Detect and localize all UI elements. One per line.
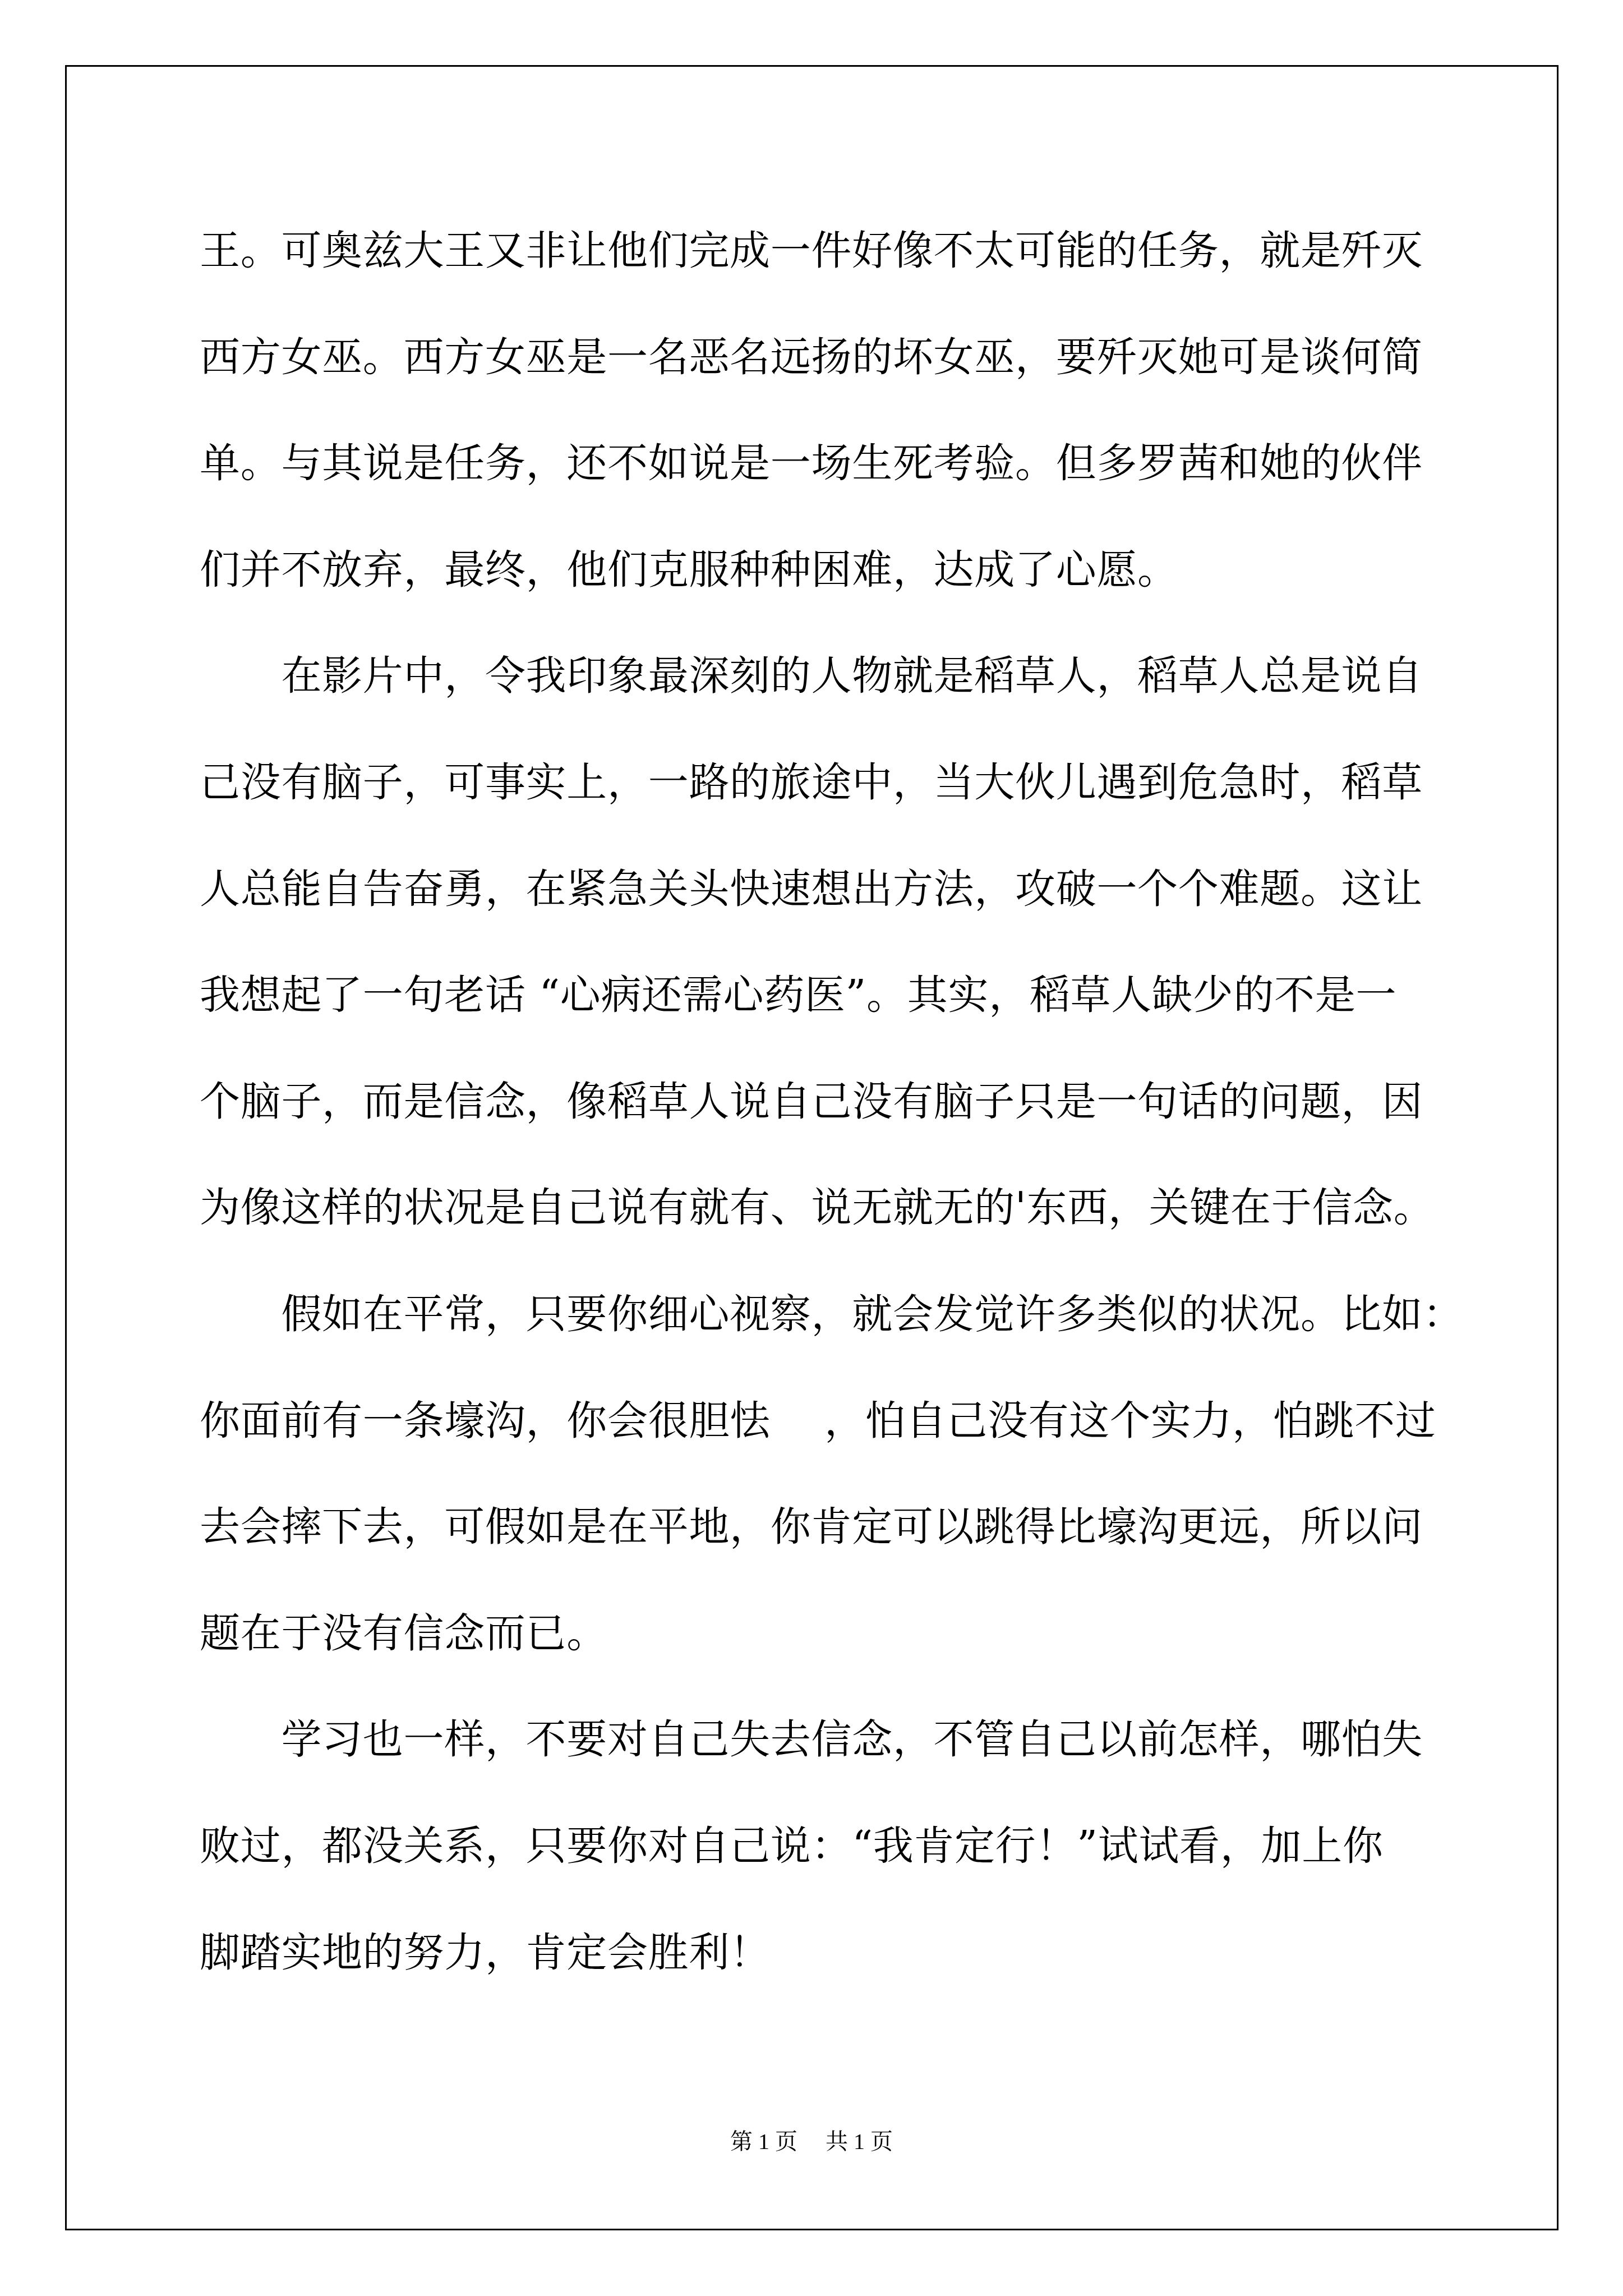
text-line: 单。与其说是任务，还不如说是一场生死考验。但多罗茜和她的伙伴 (200, 436, 1423, 490)
page-border (65, 65, 1559, 2230)
text-line: 个脑子，而是信念，像稻草人说自己没有脑子只是一句话的问题，因 (200, 1074, 1423, 1128)
text-line: 人总能自告奋勇，在紧急关头快速想出方法，攻破一个个难题。这让 (200, 862, 1423, 915)
text-line: 你面前有一条壕沟，你会很胆怯 ，怕自己没有这个实力，怕跳不过 (200, 1393, 1436, 1447)
text-line: 己没有脑子，可事实上，一路的旅途中，当大伙儿遇到危急时，稻草 (200, 755, 1423, 809)
text-line: 为像这样的状况是自己说有就有、说无就无的'东西，关键在于信念。 (200, 1180, 1435, 1234)
paragraph-first-line: 在影片中，令我印象最深刻的人物就是稻草人，稻草人总是说自 (281, 648, 1423, 702)
text-line: 题在于没有信念而已。 (200, 1606, 607, 1660)
text-line: 脚踏实地的努力，肯定会胜利！ (200, 1925, 771, 1979)
text-line: 们并不放弃，最终，他们克服种种困难，达成了心愿。 (200, 542, 1178, 596)
paragraph-first-line: 学习也一样，不要对自己失去信念，不管自己以前怎样，哪怕失 (281, 1712, 1423, 1766)
text-line: 我想起了一句老话 “心病还需心药医”。其实，稻草人缺少的不是一 (200, 968, 1396, 1022)
paragraph-first-line: 假如在平常，只要你细心视察，就会发觉许多类似的状况。比如： (281, 1287, 1463, 1341)
text-line: 败过，都没关系，只要你对自己说：“我肯定行！”试试看，加上你 (200, 1819, 1384, 1872)
text-line: 去会摔下去，可假如是在平地，你肯定可以跳得比壕沟更远，所以问 (200, 1499, 1423, 1553)
text-line: 王。可奥兹大王又非让他们完成一件好像不太可能的任务，就是歼灭 (200, 223, 1423, 277)
page-number-footer: 第 1 页 共 1 页 (0, 2126, 1623, 2157)
text-line: 西方女巫。西方女巫是一名恶名远扬的坏女巫，要歼灭她可是谈何简 (200, 330, 1423, 384)
